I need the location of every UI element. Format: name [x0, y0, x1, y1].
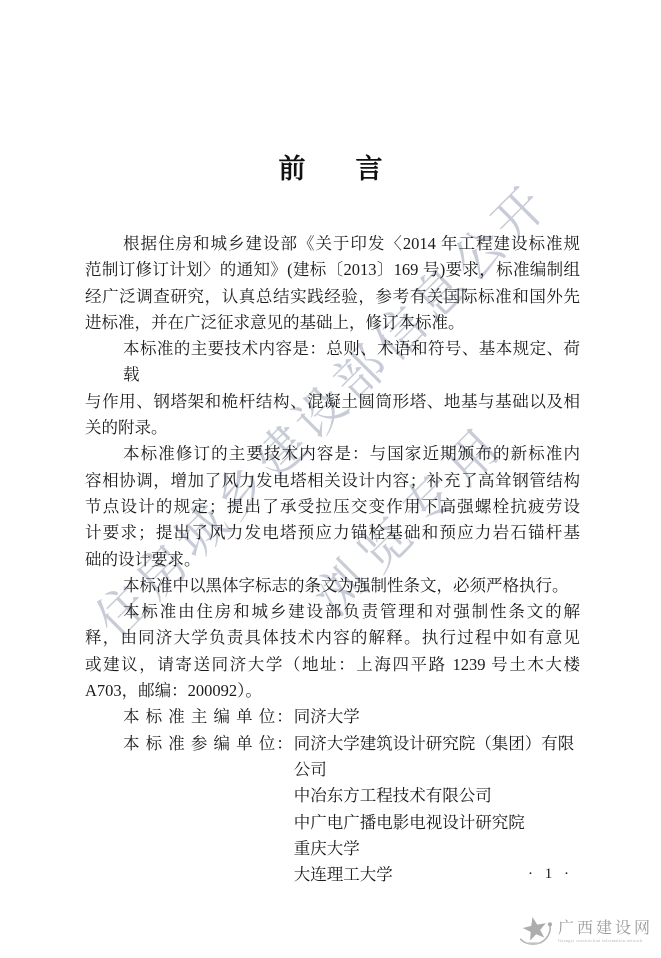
paragraph-line: 容相协调，增加了风力发电塔相关设计内容；补充了高耸钢管结构 — [85, 468, 580, 494]
participating-editor-line: 中冶东方工程技术有限公司 — [294, 783, 580, 809]
site-logo-text: 广西建设网 Guangxi construction information n… — [558, 920, 653, 943]
title-char-2: 言 — [356, 154, 383, 184]
paragraph-line: 范制订修订计划〉的通知》(建标〔2013〕169 号)要求，标准编制组 — [85, 257, 580, 283]
participating-editors-list: 同济大学建筑设计研究院（集团）有限公司中冶东方工程技术有限公司中广电广播电影电视… — [294, 731, 580, 889]
participating-editor-line: 中广电广播电影电视设计研究院 — [294, 810, 580, 836]
paragraph-line: 或建议，请寄送同济大学（地址：上海四平路 1239 号土木大楼 — [85, 652, 580, 678]
document-page: 住房城乡建设部信息公开 浏览专用 前言 根据住房和城乡建设部《关于印发〈2014… — [0, 0, 661, 958]
title-char-1: 前 — [279, 154, 306, 184]
paragraph-line: 本标准中以黑体字标志的条文为强制性条文，必须严格执行。 — [85, 573, 580, 599]
participating-editor-line: 重庆大学 — [294, 836, 580, 862]
participating-editor-line: 同济大学建筑设计研究院（集团）有限 — [294, 731, 580, 757]
paragraph-line: 计要求；提出了风力发电塔预应力锚栓基础和预应力岩石锚杆基 — [85, 520, 580, 546]
page-title: 前言 — [0, 147, 661, 186]
paragraph-line: 关的附录。 — [85, 415, 580, 441]
paragraph-line: 根据住房和城乡建设部《关于印发〈2014 年工程建设标准规 — [85, 231, 580, 257]
paragraph-line: 进标准，并在广泛征求意见的基础上，修订本标准。 — [85, 310, 580, 336]
page-number: · 1 · — [528, 866, 573, 883]
paragraph-line: 本标准的主要技术内容是：总则、术语和符号、基本规定、荷载 — [85, 336, 580, 389]
paragraph-line: 经广泛调查研究，认真总结实践经验，参考有关国际标准和国外先 — [85, 284, 580, 310]
chief-editor-value: 同济大学 — [294, 707, 360, 726]
paragraph-line: 释，由同济大学负责具体技术内容的解释。执行过程中如有意见 — [85, 625, 580, 651]
site-tagline: Guangxi construction information network — [558, 938, 653, 943]
paragraph-line: 节点设计的规定；提出了承受拉压交变作用下高强螺栓抗疲劳设 — [85, 494, 580, 520]
paragraph-line: 础的设计要求。 — [85, 547, 580, 573]
participating-editor-line: 公司 — [294, 757, 580, 783]
participating-editors-block: 本 标 准 参 编 单 位： 同济大学建筑设计研究院（集团）有限公司中冶东方工程… — [85, 731, 580, 889]
site-name: 广西建设网 — [558, 920, 653, 938]
paragraph-line: 本标准由住房和城乡建设部负责管理和对强制性条文的解 — [85, 599, 580, 625]
paragraph-line: A703，邮编：200092）。 — [85, 678, 580, 704]
body-paragraphs: 根据住房和城乡建设部《关于印发〈2014 年工程建设标准规范制订修订计划〉的通知… — [85, 231, 580, 704]
site-logo: 广西建设网 Guangxi construction information n… — [518, 914, 653, 950]
paragraph-line: 本标准修订的主要技术内容是：与国家近期颁布的新标准内 — [85, 441, 580, 467]
chief-editor-label: 本 标 准 主 编 单 位： — [123, 707, 294, 726]
chief-editor-line: 本 标 准 主 编 单 位：同济大学 — [85, 704, 580, 730]
star-swoosh-icon — [518, 914, 554, 950]
paragraph-line: 与作用、钢塔架和桅杆结构、混凝土圆筒形塔、地基与基础以及相 — [85, 389, 580, 415]
participating-editors-label: 本 标 准 参 编 单 位： — [123, 731, 294, 889]
body-text: 根据住房和城乡建设部《关于印发〈2014 年工程建设标准规范制订修订计划〉的通知… — [85, 231, 580, 888]
